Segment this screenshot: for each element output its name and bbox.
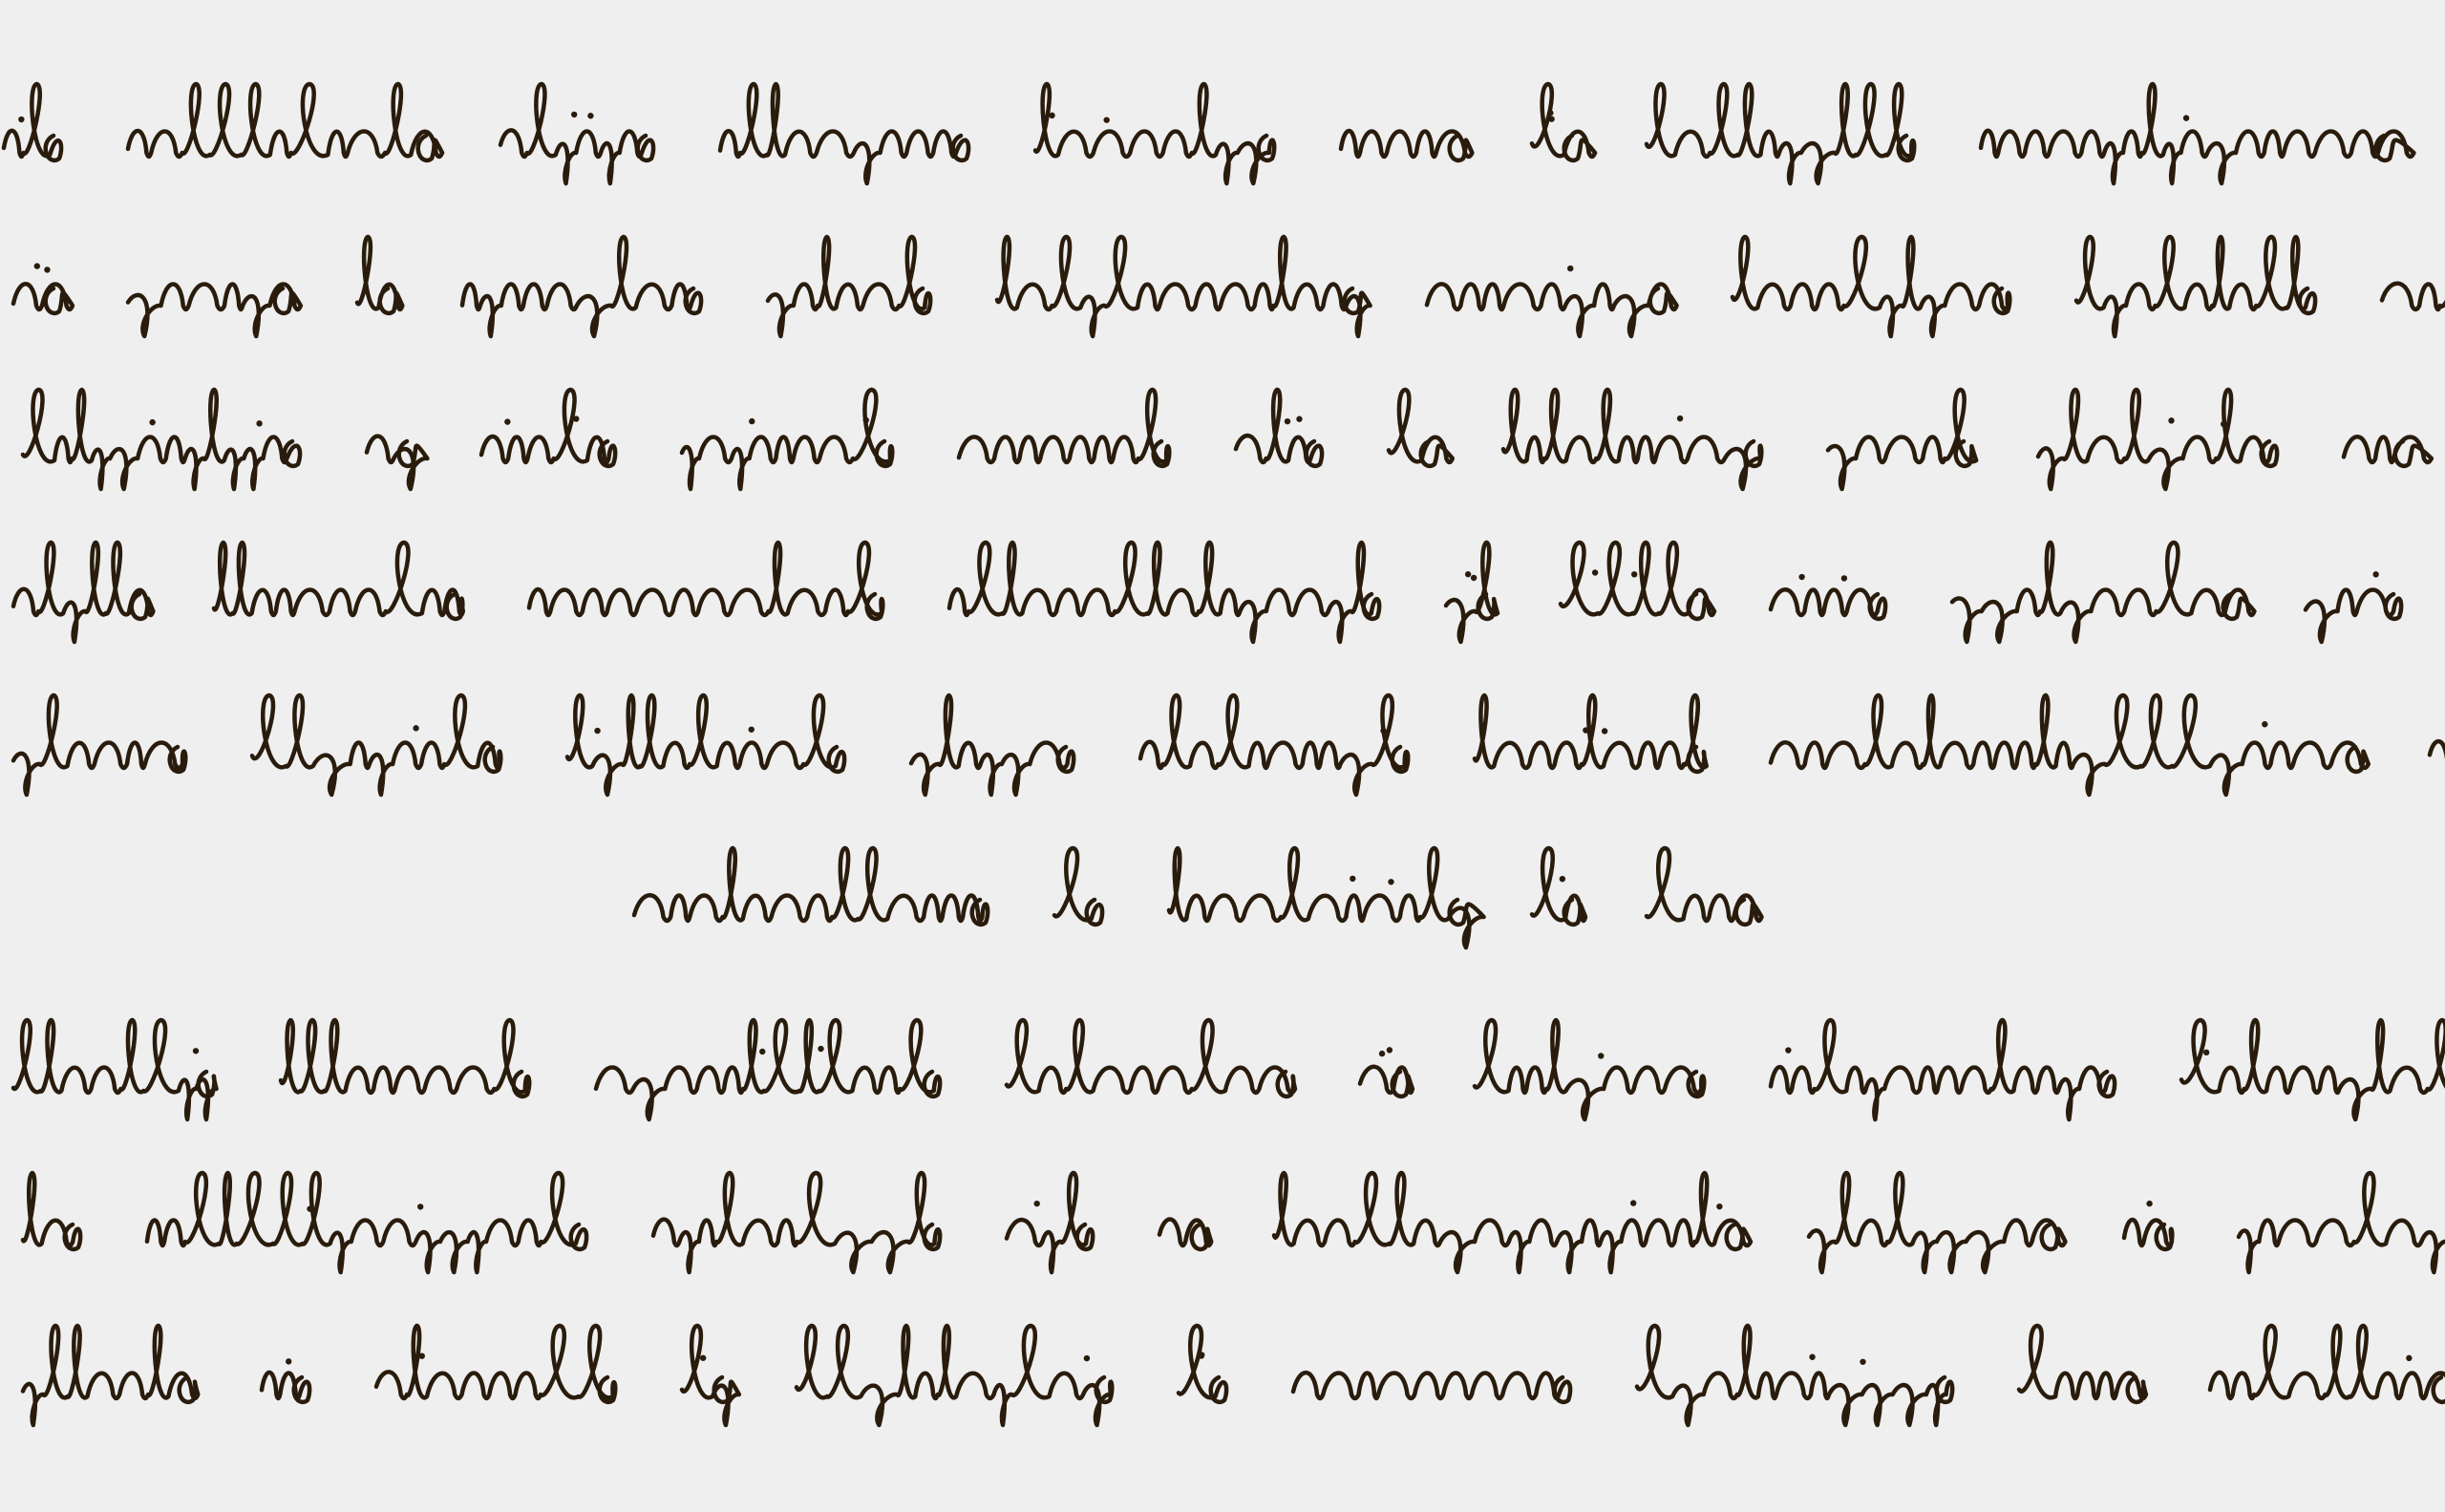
handwritten-word (363, 382, 420, 497)
handwritten-word (1003, 1165, 1098, 1280)
handwritten-word (10, 688, 191, 802)
handwritten-word (1289, 1318, 1576, 1433)
handwritten-word (1356, 1012, 1414, 1127)
handwritten-word (19, 382, 306, 497)
handwritten-word (258, 1318, 315, 1433)
handwritten-word (793, 1318, 1117, 1433)
manuscript-heading-line (0, 841, 2445, 955)
handwritten-word (2426, 688, 2445, 802)
handwritten-word (1528, 76, 1585, 191)
handwritten-word (19, 1165, 86, 1280)
handwritten-word (2073, 229, 2321, 344)
handwritten-word (907, 688, 1079, 802)
handwritten-word (630, 841, 993, 955)
handwritten-word (372, 1318, 621, 1433)
handwritten-word (1270, 1165, 1748, 1280)
handwritten-word (1824, 382, 1977, 497)
handwritten-word (1948, 535, 2244, 650)
handwritten-word (2034, 382, 2283, 497)
handwritten-word (1031, 76, 1280, 191)
handwritten-word (1423, 229, 1671, 344)
manuscript-line (0, 229, 2445, 344)
handwritten-word (458, 229, 707, 344)
handwritten-word (1767, 1012, 2120, 1127)
handwritten-word (248, 688, 506, 802)
handwritten-word (1385, 382, 1442, 497)
handwritten-word (478, 382, 621, 497)
handwritten-word (1051, 841, 1108, 955)
handwritten-word (10, 229, 67, 344)
handwritten-word (1499, 382, 1767, 497)
manuscript-line (0, 382, 2445, 497)
handwritten-word (210, 535, 468, 650)
handwritten-word (2178, 1012, 2445, 1127)
handwritten-word (592, 1012, 946, 1127)
handwritten-word (353, 229, 401, 344)
handwritten-word (993, 229, 1366, 344)
handwritten-word (1003, 1012, 1299, 1127)
handwritten-word (1232, 382, 1328, 497)
handwritten-word (124, 76, 439, 191)
handwritten-word (955, 382, 1175, 497)
manuscript-line (0, 688, 2445, 802)
handwritten-word (1633, 1318, 1958, 1433)
manuscript-line (0, 1012, 2445, 1127)
handwritten-word (1643, 841, 1757, 955)
handwritten-word (1471, 1012, 1710, 1127)
handwritten-word (1137, 688, 1414, 802)
handwritten-word (678, 382, 898, 497)
handwritten-word (1643, 76, 1920, 191)
handwritten-word (563, 688, 850, 802)
handwritten-word (1557, 535, 1710, 650)
handwritten-word (678, 1318, 735, 1433)
handwritten-word (1156, 1165, 1213, 1280)
manuscript-line (0, 535, 2445, 650)
handwritten-word (1175, 1318, 1232, 1433)
handwritten-word (1805, 1165, 2063, 1280)
handwritten-word (716, 76, 974, 191)
handwritten-word (277, 1012, 535, 1127)
handwritten-word (1977, 76, 2397, 191)
handwritten-word (2235, 1165, 2445, 1280)
handwritten-word (2378, 229, 2445, 344)
handwritten-word (124, 229, 296, 344)
manuscript-line (0, 76, 2445, 191)
handwritten-word (10, 535, 153, 650)
handwritten-word (1528, 841, 1585, 955)
handwritten-word (946, 535, 1385, 650)
handwritten-word (2340, 382, 2416, 497)
handwritten-word (649, 1165, 946, 1280)
handwritten-word (497, 76, 659, 191)
handwritten-word (1729, 229, 2015, 344)
handwritten-word (1767, 688, 2369, 802)
manuscript-page (0, 0, 2445, 1512)
handwritten-word (1442, 535, 1499, 650)
handwritten-word (2302, 535, 2407, 650)
handwritten-word (2120, 1165, 2178, 1280)
handwritten-word (1337, 76, 1471, 191)
handwritten-word (143, 1165, 592, 1280)
handwritten-word (1471, 688, 1710, 802)
handwritten-word (1767, 535, 1891, 650)
manuscript-line (0, 1165, 2445, 1280)
handwritten-word (2015, 1318, 2149, 1433)
handwritten-word (525, 535, 888, 650)
manuscript-line (0, 1318, 2445, 1433)
handwritten-word (10, 1012, 220, 1127)
handwritten-word (1165, 841, 1471, 955)
handwritten-word (2206, 1318, 2445, 1433)
handwritten-word (0, 76, 67, 191)
handwritten-word (19, 1318, 201, 1433)
handwritten-word (764, 229, 936, 344)
